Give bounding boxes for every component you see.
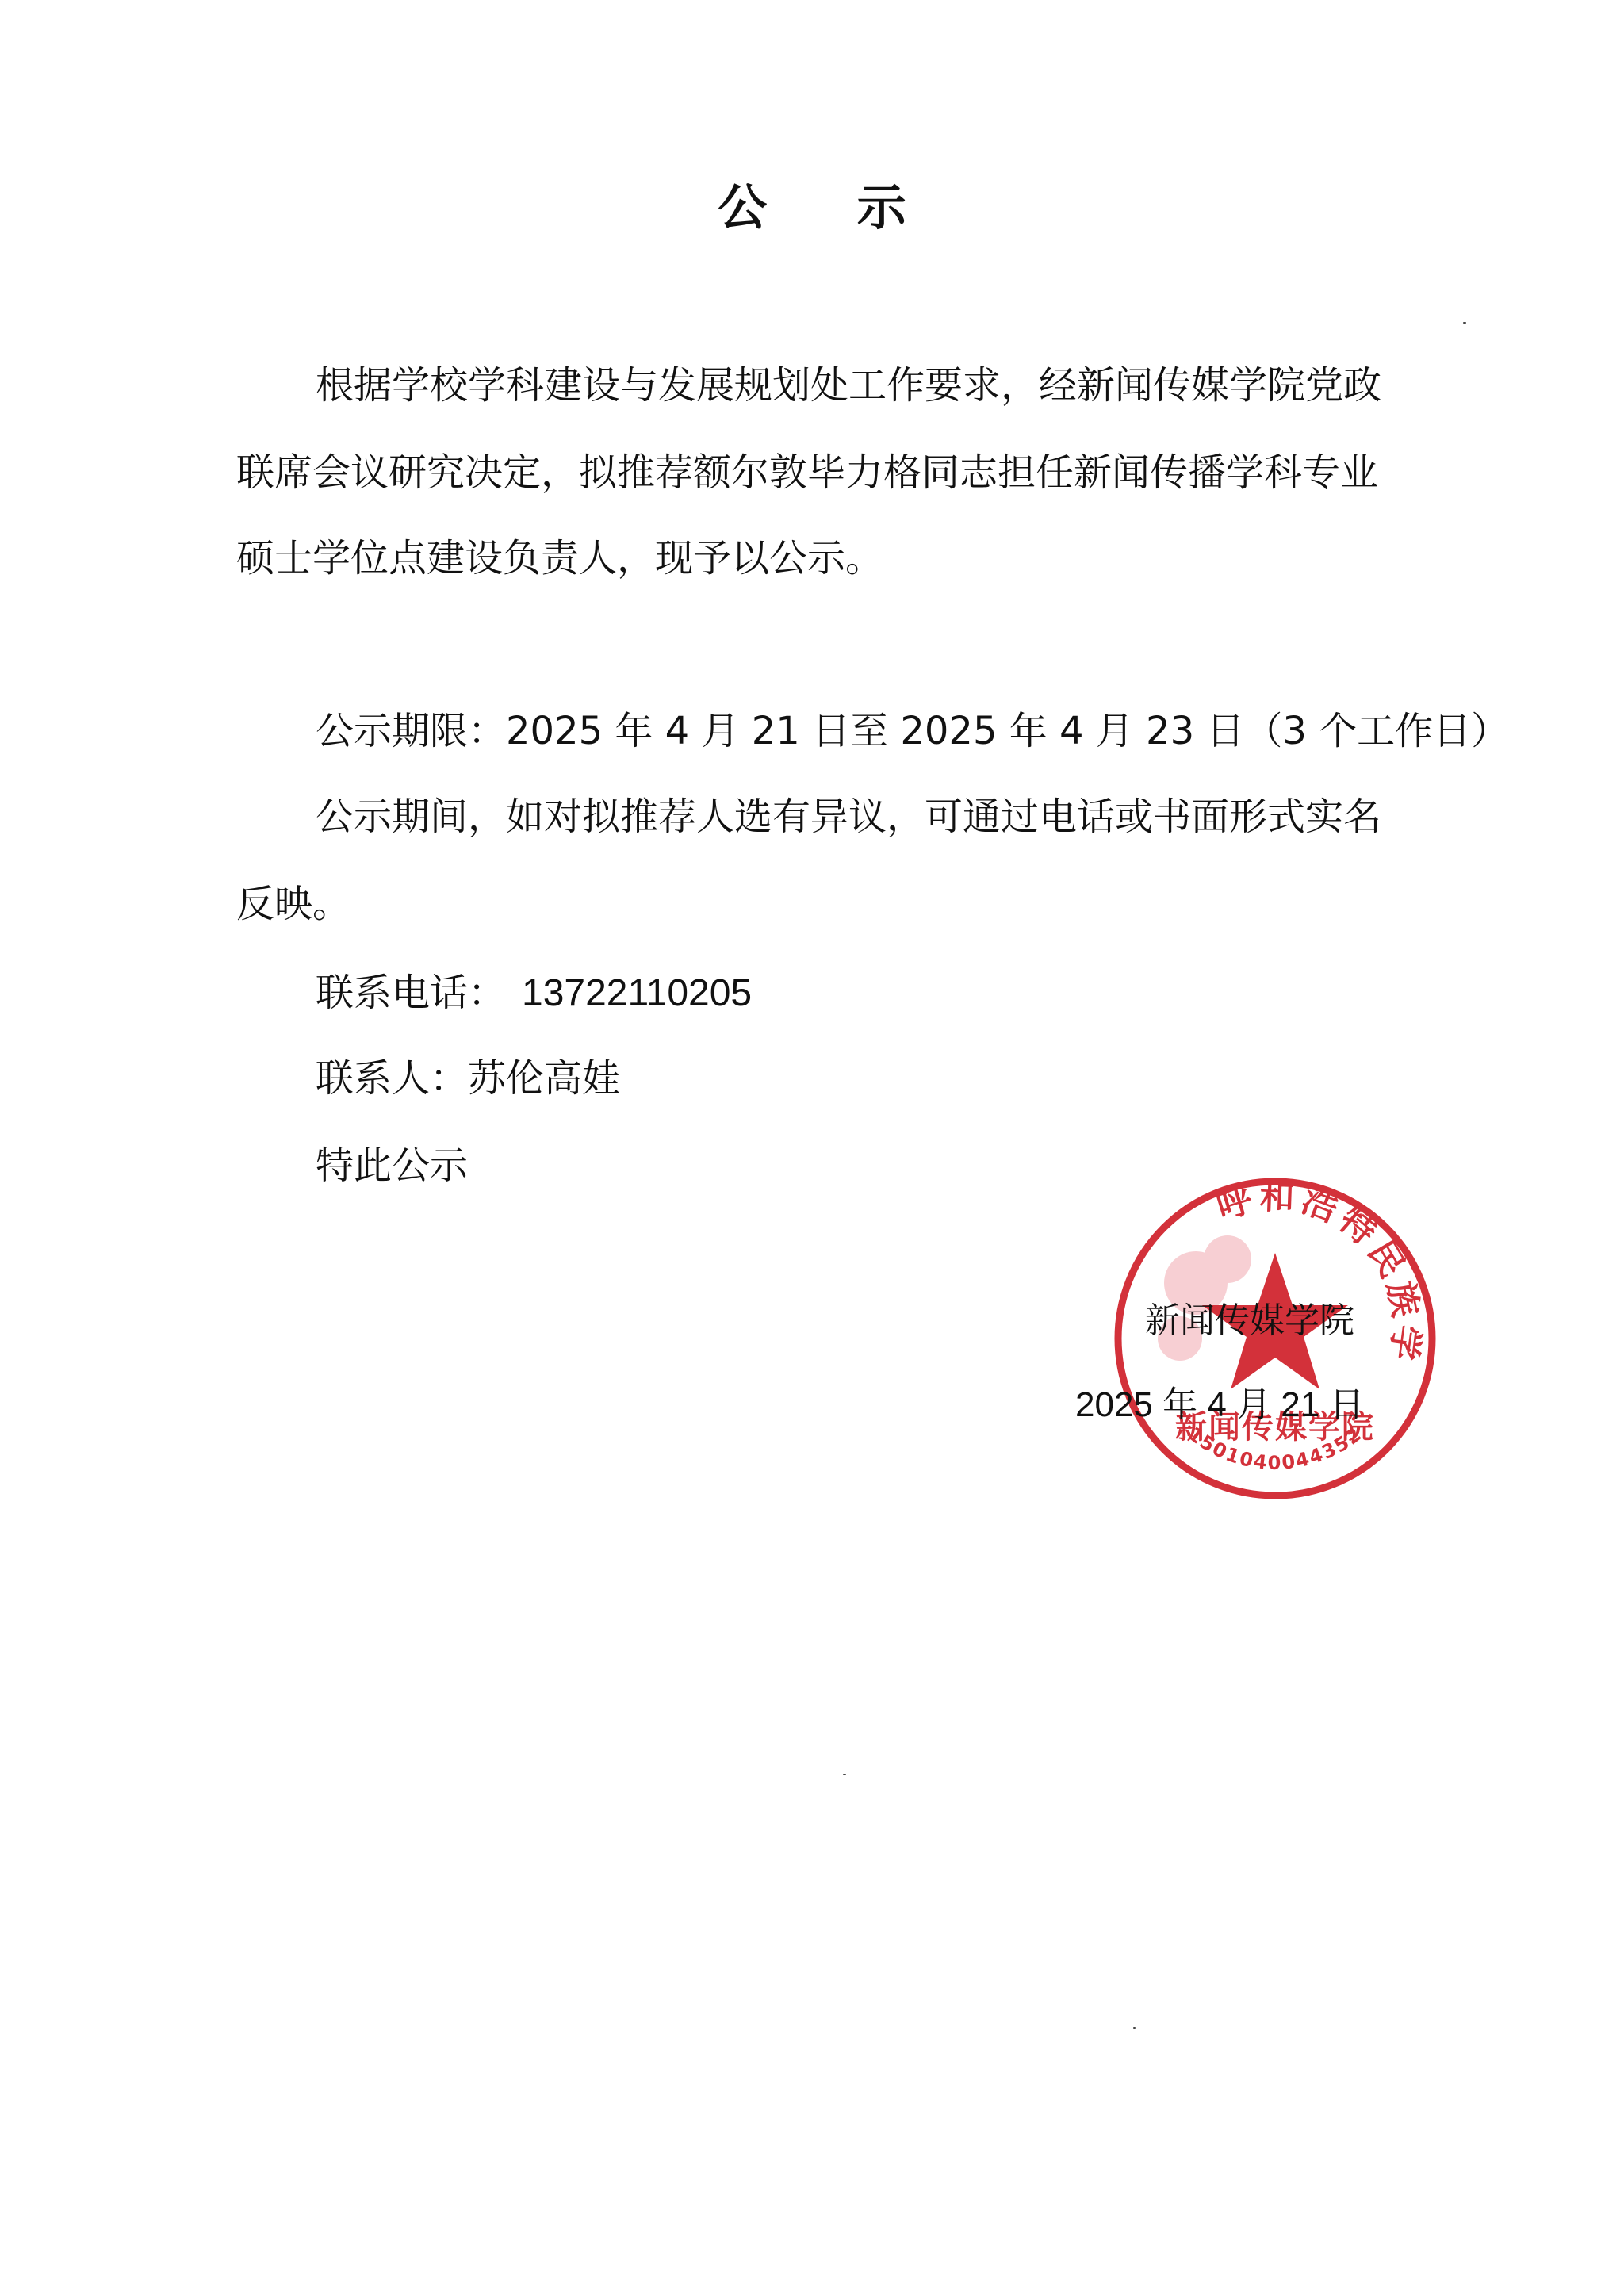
contact-person-row: 联系人：苏伦高娃 (316, 1055, 620, 1102)
objection-line-1: 公示期间，如对拟推荐人选有异议，可通过电话或书面形式实名 (316, 793, 1381, 841)
document-page: 公 示 根据学校学科建设与发展规划处工作要求，经新闻传媒学院党政 联席会议研究决… (0, 0, 1624, 2275)
scan-speck (1463, 322, 1466, 324)
scan-speck (843, 1774, 846, 1775)
contact-person-label: 联系人： (316, 1056, 468, 1101)
paragraph-1-line-3: 硕士学位点建设负责人，现予以公示。 (236, 534, 883, 582)
contact-phone-row: 联系电话：13722110205 (316, 969, 752, 1017)
objection-line-2: 反映。 (236, 880, 350, 928)
contact-phone-label: 联系电话： (316, 971, 506, 1015)
paragraph-1-line-2: 联席会议研究决定，拟推荐额尔敦毕力格同志担任新闻传播学科专业 (236, 449, 1378, 496)
paragraph-1-line-1: 根据学校学科建设与发展规划处工作要求，经新闻传媒学院党政 (316, 362, 1381, 409)
scan-speck (1133, 2027, 1136, 2029)
signature-date: 2025 年 4 月 21 日 (1075, 1383, 1364, 1427)
document-title: 公 示 (0, 176, 1624, 239)
publicity-period: 公示期限：2025 年 4 月 21 日至 2025 年 4 月 23 日（3 … (316, 707, 1509, 755)
closing-text: 特此公示 (316, 1142, 468, 1189)
contact-phone-value: 13722110205 (522, 972, 752, 1014)
contact-person-value: 苏伦高娃 (468, 1056, 620, 1101)
signature-organization: 新闻传媒学院 (1145, 1299, 1354, 1343)
